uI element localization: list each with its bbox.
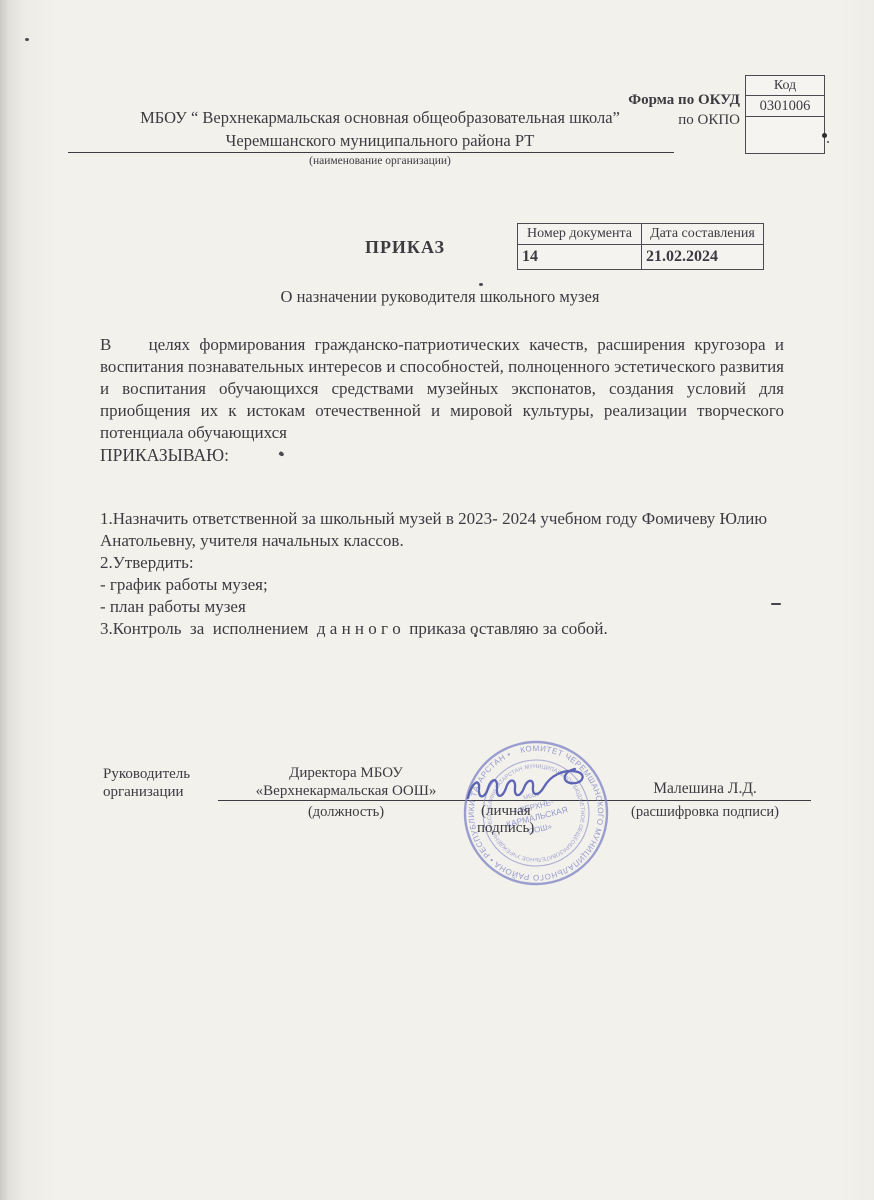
organization-name-line1: МБОУ “ Верхнекармальская основная общеоб…: [60, 108, 700, 128]
order-number-value: 14: [518, 245, 641, 269]
signer-name: Малешина Л.Д.: [600, 780, 810, 798]
signer-name-caption: (расшифровка подписи): [605, 804, 805, 821]
scan-artifact: [822, 133, 827, 138]
organization-caption: (наименование организации): [60, 155, 700, 167]
order-items-block: 1.Назначить ответственной за школьный му…: [100, 508, 790, 640]
personal-signature-caption-line2: подпись): [477, 820, 534, 837]
scan-artifact: [827, 141, 829, 143]
scan-artifact: [25, 38, 29, 41]
position-underline: [218, 800, 460, 801]
organization-name-line2: Черемшанского муниципального района РТ: [60, 131, 700, 151]
order-item: - план работы музея: [100, 596, 790, 618]
order-item: - график работы музея;: [100, 574, 790, 596]
okpo-code-cell: [746, 117, 824, 153]
order-preamble-block: В целях формирования гражданско-патриоти…: [100, 334, 784, 466]
scan-artifact: [479, 283, 483, 286]
code-table-header: Код: [746, 76, 824, 96]
scan-artifact: [474, 634, 477, 637]
code-table: Код 0301006: [745, 75, 825, 154]
resolve-word: ПРИКАЗЫВАЮ:: [100, 444, 784, 466]
position-caption: (должность): [215, 804, 477, 821]
okud-code-value: 0301006: [746, 96, 824, 117]
order-item: 3.Контроль за исполнением д а н н о г о …: [100, 618, 790, 640]
order-date-value: 21.02.2024: [641, 245, 763, 269]
order-number-header: Номер документа: [518, 224, 641, 245]
okud-form-label: Форма по ОКУД: [560, 92, 740, 109]
order-preamble: В целях формирования гражданско-патриоти…: [100, 334, 784, 444]
signer-position-line1: Директора МБОУ: [215, 765, 477, 782]
scan-artifact: [771, 603, 781, 605]
order-date-header: Дата составления: [641, 224, 763, 245]
scanned-document-page: Форма по ОКУД по ОКПО Код 0301006 МБОУ “…: [0, 0, 874, 1200]
order-number-date-table: Номер документа Дата составления 14 21.0…: [517, 223, 764, 270]
order-title: ПРИКАЗ: [325, 237, 485, 258]
order-subject: О назначении руководителя школьного музе…: [100, 287, 780, 307]
signer-position-line2: «Верхнекармальская ООШ»: [215, 783, 477, 800]
organization-underline: [68, 152, 674, 153]
order-item: 2.Утвердить:: [100, 552, 790, 574]
personal-signature-caption-line1: (личная: [481, 803, 531, 820]
order-item: 1.Назначить ответственной за школьный му…: [100, 508, 790, 552]
